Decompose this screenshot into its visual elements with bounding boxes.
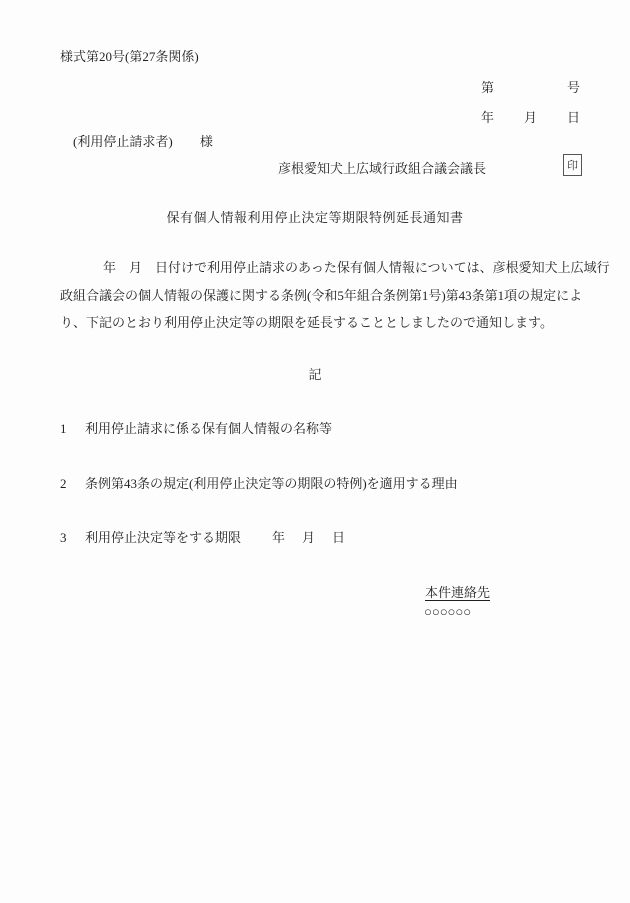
- list-item-2-text: 条例第43条の規定(利用停止決定等の期限の特例)を適用する理由: [85, 476, 458, 491]
- recipient-line: (利用停止請求者) 様: [73, 131, 213, 150]
- form-number: 様式第20号(第27条関係): [60, 46, 199, 65]
- contact-value: ○○○○○○: [424, 604, 471, 620]
- recipient-name: (利用停止請求者): [73, 134, 173, 149]
- deadline-month-label: 月: [302, 527, 315, 546]
- recipient-honorific: 様: [200, 134, 213, 149]
- body-paragraph-line-3: り、下記のとおり利用停止決定等の期限を延長することとしましたので通知します。: [60, 314, 553, 332]
- ref-number-prefix: 第: [481, 77, 494, 96]
- deadline-year-label: 年: [272, 527, 285, 546]
- list-item-1: 1利用停止請求に係る保有個人情報の名称等: [60, 418, 332, 437]
- date-month-label: 月: [524, 107, 537, 126]
- document-title: 保有個人情報利用停止決定等期限特例延長通知書: [0, 207, 630, 226]
- issuer-title: 彦根愛知犬上広域行政組合議会議長: [278, 158, 486, 177]
- ki-heading: 記: [0, 364, 630, 383]
- seal-character: 印: [567, 157, 578, 173]
- date-year-label: 年: [481, 107, 494, 126]
- notice-document-page: 様式第20号(第27条関係) 第 号 年 月 日 (利用停止請求者) 様 彦根愛…: [0, 0, 630, 903]
- list-item-1-number: 1: [60, 421, 85, 437]
- list-item-1-text: 利用停止請求に係る保有個人情報の名称等: [85, 421, 332, 436]
- body-paragraph-line-2: 政組合議会の個人情報の保護に関する条例(令和5年組合条例第1号)第43条第1項の…: [60, 287, 582, 305]
- list-item-2-number: 2: [60, 476, 85, 492]
- body-paragraph-line-1: 年 月 日付けで利用停止請求のあった保有個人情報については、彦根愛知犬上広域行: [103, 259, 610, 277]
- deadline-day-label: 日: [332, 527, 345, 546]
- list-item-3-number: 3: [60, 530, 85, 546]
- list-item-3: 3利用停止決定等をする期限 年 月 日: [60, 527, 241, 546]
- list-item-2: 2条例第43条の規定(利用停止決定等の期限の特例)を適用する理由: [60, 473, 458, 492]
- ref-number-line: 第 号: [481, 77, 580, 96]
- seal-mark: 印: [563, 154, 582, 176]
- contact-label: 本件連絡先: [425, 582, 490, 601]
- ref-number-suffix: 号: [567, 77, 580, 96]
- date-day-label: 日: [567, 107, 580, 126]
- deadline-date-placeholders: 年 月 日: [272, 527, 345, 546]
- date-line: 年 月 日: [481, 107, 580, 126]
- list-item-3-text: 利用停止決定等をする期限: [85, 530, 241, 545]
